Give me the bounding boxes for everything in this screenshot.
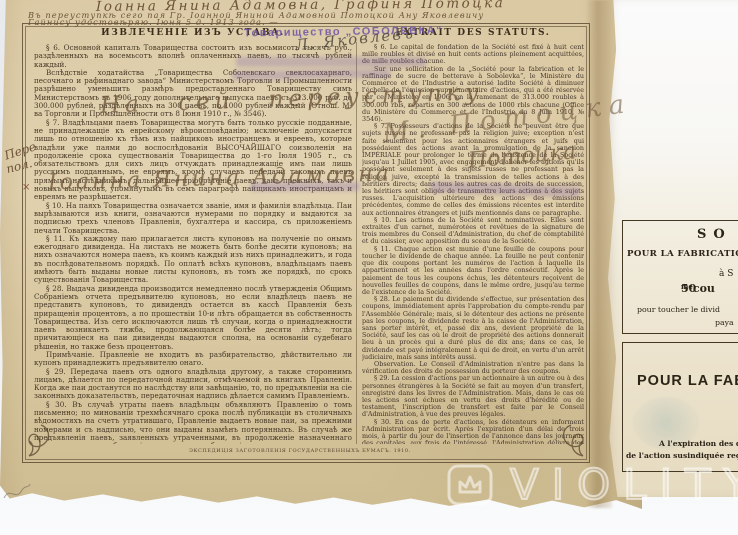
paragraph: § 29. Передача паевъ отъ одного владѣльц… xyxy=(34,368,352,401)
paragraph: Примѣчаніе. Правленіе не входитъ въ разб… xyxy=(34,351,352,368)
coupon-dividend-line: pour toucher le divid xyxy=(637,305,720,314)
paragraph: Sur une sollicitation de la „Société pou… xyxy=(362,66,584,124)
russian-statutes-column: ИЗВЛЕЧЕНІЕ ИЗЪ УСТАВА. § 6. Основной кап… xyxy=(34,28,352,444)
paragraph: § 7. Владѣльцами паевъ Товарищества могу… xyxy=(34,119,352,202)
russian-column-title: ИЗВЛЕЧЕНІЕ ИЗЪ УСТАВА. xyxy=(34,28,352,38)
paragraph: § 30. Въ случаѣ утраты паевъ владѣльцы о… xyxy=(34,401,352,444)
talon-text-line: de l'action susindiquée reço xyxy=(626,451,738,460)
paragraph: § 11. Къ каждому паю прилагается листъ к… xyxy=(34,235,352,285)
paragraph: § 11. Chaque action est munie d'une feui… xyxy=(362,246,584,296)
paragraph: § 7. Possesseurs d'actions de la Société… xyxy=(362,123,584,217)
paragraph: § 6. Le capital de fondation de la Socié… xyxy=(362,44,584,66)
talon-title: POUR LA FAB xyxy=(637,373,738,389)
french-statutes-column: EXTRAIT DES STATUTS. § 6. Le capital de … xyxy=(362,28,584,444)
photo-of-share-certificate: ИЗВЛЕЧЕНІЕ ИЗЪ УСТАВА. § 6. Основной кап… xyxy=(0,0,738,535)
page-fold-shadow xyxy=(586,0,612,508)
dividend-coupon: SO POUR LA FABRICATION ET L à S 50me cou… xyxy=(622,220,738,334)
paragraph: Вслѣдствіе ходатайства „Товарищества Соб… xyxy=(34,69,352,119)
french-column-title: EXTRAIT DES STATUTS. xyxy=(362,28,584,38)
coupon-place-line: à S xyxy=(719,269,733,279)
printer-imprint: ЭКСПЕДИЦІЯ ЗАГОТОВЛЕНІЯ ГОСУДАРСТВЕННЫХЪ… xyxy=(60,448,540,454)
coupon-page: SO POUR LA FABRICATION ET L à S 50me cou… xyxy=(604,0,738,497)
talon-coupon: POUR LA FAB A l'expiration des dix de l'… xyxy=(622,342,738,472)
coupon-company-line: POUR LA FABRICATION ET L xyxy=(627,249,738,259)
talon-text-line: A l'expiration des dix xyxy=(659,439,738,448)
paragraph: § 10. Les actions de la Société sont nom… xyxy=(362,217,584,246)
column-divider-rule xyxy=(356,42,357,444)
coupon-number-line: 50me cou xyxy=(681,282,693,297)
certificate-page: ИЗВЛЕЧЕНІЕ ИЗЪ УСТАВА. § 6. Основной кап… xyxy=(0,0,642,522)
paragraph: § 10. На паяхъ Товарищества означается з… xyxy=(34,202,352,235)
paragraph: § 6. Основной капиталъ Товарищества сост… xyxy=(34,44,352,69)
coupon-society-heading: SO xyxy=(697,227,732,242)
coupon-payable-line: paya xyxy=(715,318,734,327)
paragraph: § 30. En cas de perte d'actions, les dét… xyxy=(362,419,584,444)
paragraph: § 29. La cession d'actions par un action… xyxy=(362,375,584,418)
paragraph: § 28. Выдача дивиденда производится неме… xyxy=(34,285,352,351)
paragraph: § 28. Le paiement du dividende s'effectu… xyxy=(362,296,584,361)
pencil-squiggle xyxy=(2,478,32,504)
